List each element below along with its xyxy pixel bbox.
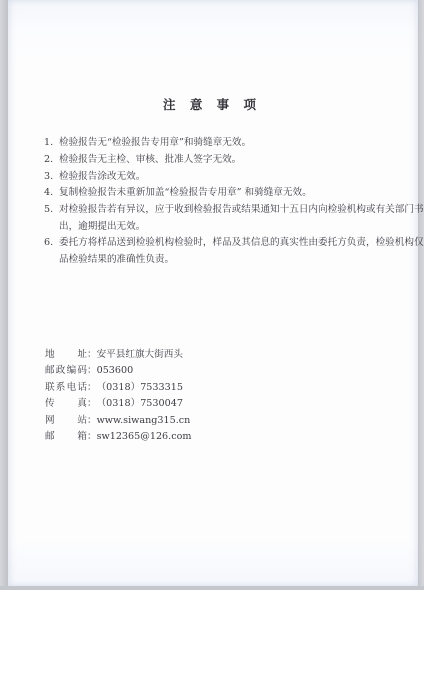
contact-label: 联系电话 (45, 382, 87, 394)
colon: ： (87, 382, 97, 394)
contact-label: 传 真 (45, 398, 87, 410)
contact-address: 地 址：安平县红旗大街西头 (45, 349, 183, 361)
contact-value: www.siwang315.cn (97, 415, 191, 426)
notice-text: 对检验报告若有异议，应于收到检验报告或结果通知十五日内向检验机构或有关部门书面提 (59, 204, 424, 216)
scan-bottom-edge (0, 586, 424, 590)
notice-number: 6. (44, 237, 56, 249)
notice-text: 检验报告无“检验报告专用章”和骑缝章无效。 (59, 137, 251, 149)
contact-label: 网 站 (45, 415, 87, 427)
notice-number: 2. (44, 154, 56, 166)
contact-phone: 联系电话：（0318）7533315 (45, 382, 183, 394)
contact-label: 地 址 (45, 349, 87, 361)
notice-number: 3. (44, 171, 56, 183)
colon: ： (87, 365, 97, 377)
contact-label: 邮政编码 (45, 365, 87, 377)
notice-text: 检验报告涂改无效。 (59, 171, 145, 183)
notice-text: 委托方将样品送到检验机构检验时，样品及其信息的真实性由委托方负责，检验机构仅对样 (59, 237, 424, 249)
notice-number: 5. (44, 204, 56, 216)
contact-value: 053600 (97, 365, 134, 376)
contact-value: （0318）7533315 (97, 382, 183, 393)
colon: ： (87, 431, 97, 443)
notice-text: 出，逾期提出无效。 (59, 221, 145, 233)
contact-fax: 传 真：（0318）7530047 (45, 398, 183, 410)
scan-right-edge (418, 0, 424, 590)
colon: ： (87, 415, 97, 427)
document-page (8, 0, 418, 586)
scan-left-edge (0, 0, 8, 590)
colon: ： (87, 349, 97, 361)
contact-email: 邮 箱：sw12365@126.com (45, 431, 191, 443)
notice-number: 1. (44, 137, 56, 149)
contact-postcode: 邮政编码：053600 (45, 365, 133, 377)
notice-text: 复制检验报告未重新加盖“检验报告专用章” 和骑缝章无效。 (59, 187, 312, 199)
contact-value: （0318）7530047 (97, 398, 183, 409)
contact-website: 网 站：www.siwang315.cn (45, 415, 190, 427)
notice-number: 4. (44, 187, 56, 199)
contact-value: 安平县红旗大街西头 (97, 349, 183, 360)
notice-text: 品检验结果的准确性负责。 (59, 254, 174, 266)
contact-value: sw12365@126.com (97, 431, 192, 442)
page-title: 注 意 事 项 (0, 95, 424, 113)
colon: ： (87, 398, 97, 410)
contact-label: 邮 箱 (45, 431, 87, 443)
notice-text: 检验报告无主检、审核、批准人签字无效。 (59, 154, 241, 166)
